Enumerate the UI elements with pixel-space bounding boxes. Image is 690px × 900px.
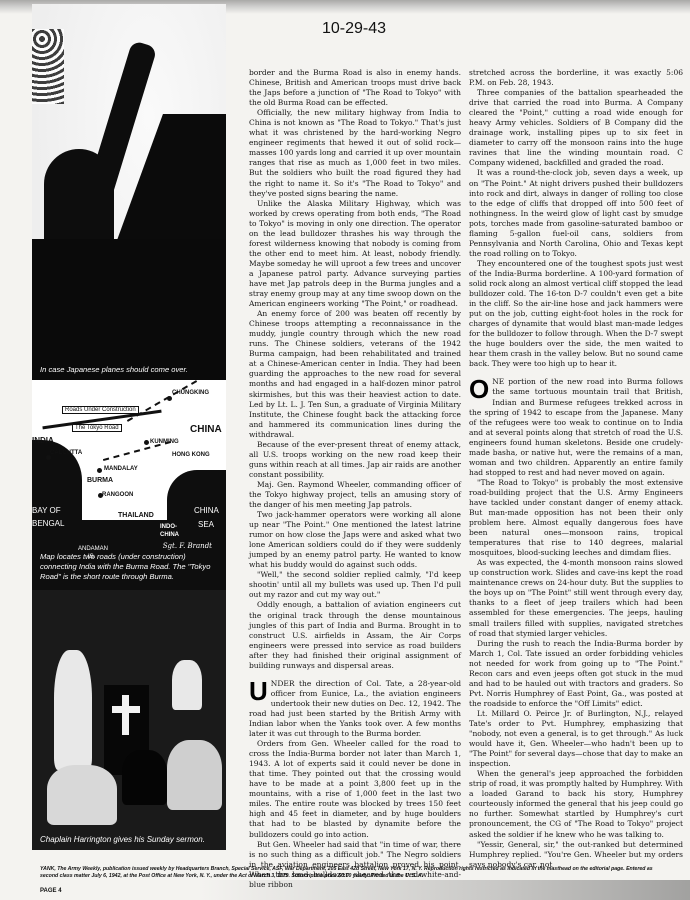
drop-cap: U bbox=[249, 681, 268, 701]
paragraph: Orders from Gen. Wheeler called for the … bbox=[249, 739, 461, 839]
map-figure: Roads Under Construction The Tokyo Road … bbox=[32, 380, 226, 590]
paragraph: Lt. Millard O. Peirce Jr. of Burlington,… bbox=[469, 709, 683, 769]
cross-icon bbox=[122, 695, 129, 735]
drop-cap: O bbox=[469, 379, 489, 399]
paragraph: Maj. Gen. Raymond Wheeler, commanding of… bbox=[249, 480, 461, 510]
paragraph: Because of the ever-present threat of en… bbox=[249, 440, 461, 480]
paragraph: Unlike the Alaska Military Highway, whic… bbox=[249, 199, 461, 310]
paragraph: They encountered one of the toughest spo… bbox=[469, 259, 683, 370]
paragraph: Three companies of the battalion spearhe… bbox=[469, 88, 683, 168]
paragraph: As was expected, the 4-month monsoon rai… bbox=[469, 558, 683, 638]
paragraph: Two jack-hammer operators were working a… bbox=[249, 510, 461, 570]
map-caption: Map locates two roads (under constructio… bbox=[40, 552, 220, 582]
paragraph: During the rush to reach the India-Burma… bbox=[469, 639, 683, 709]
mortar-photo: In case Japanese planes should come over… bbox=[32, 4, 226, 380]
paragraph: It was a round-the-clock job, seven days… bbox=[469, 168, 683, 258]
chaplain-figure bbox=[54, 650, 92, 770]
article-column-2: border and the Burma Road is also in ene… bbox=[249, 68, 461, 890]
article-column-3: stretched across the borderline, it was … bbox=[469, 68, 683, 870]
page-date: 10-29-43 bbox=[322, 20, 386, 38]
section-start: ONE portion of the new road into Burma f… bbox=[469, 377, 683, 477]
section-start: UNDER the direction of Col. Tate, a 28-y… bbox=[249, 679, 461, 739]
paragraph: Oddly enough, a battalion of aviation en… bbox=[249, 600, 461, 670]
page-number: PAGE 4 bbox=[40, 888, 62, 894]
paragraph: An enemy force of 200 was beaten off rec… bbox=[249, 309, 461, 440]
paragraph: "The Road to Tokyo" is probably the most… bbox=[469, 478, 683, 558]
legend-tokyo-road: The Tokyo Road bbox=[72, 424, 122, 432]
paragraph: "Well," the second soldier replied calml… bbox=[249, 570, 461, 600]
chaplain-photo: Chaplain Harrington gives his Sunday ser… bbox=[32, 590, 226, 850]
chaplain-caption: Chaplain Harrington gives his Sunday ser… bbox=[40, 835, 220, 845]
legend-roads-under-construction: Roads Under Construction bbox=[62, 406, 139, 414]
paragraph: When the general's jeep approached the f… bbox=[469, 769, 683, 839]
foliage bbox=[32, 29, 64, 104]
paragraph: Officially, the new military highway fro… bbox=[249, 108, 461, 198]
artist-signature: Sgt. F. Brandt bbox=[163, 542, 212, 550]
scan-edge bbox=[200, 880, 690, 900]
masthead-notice: YANK, The Army Weekly, publication issue… bbox=[40, 866, 660, 880]
paragraph: stretched across the borderline, it was … bbox=[469, 68, 683, 88]
mortar-caption: In case Japanese planes should come over… bbox=[40, 365, 220, 375]
paragraph: border and the Burma Road is also in ene… bbox=[249, 68, 461, 108]
